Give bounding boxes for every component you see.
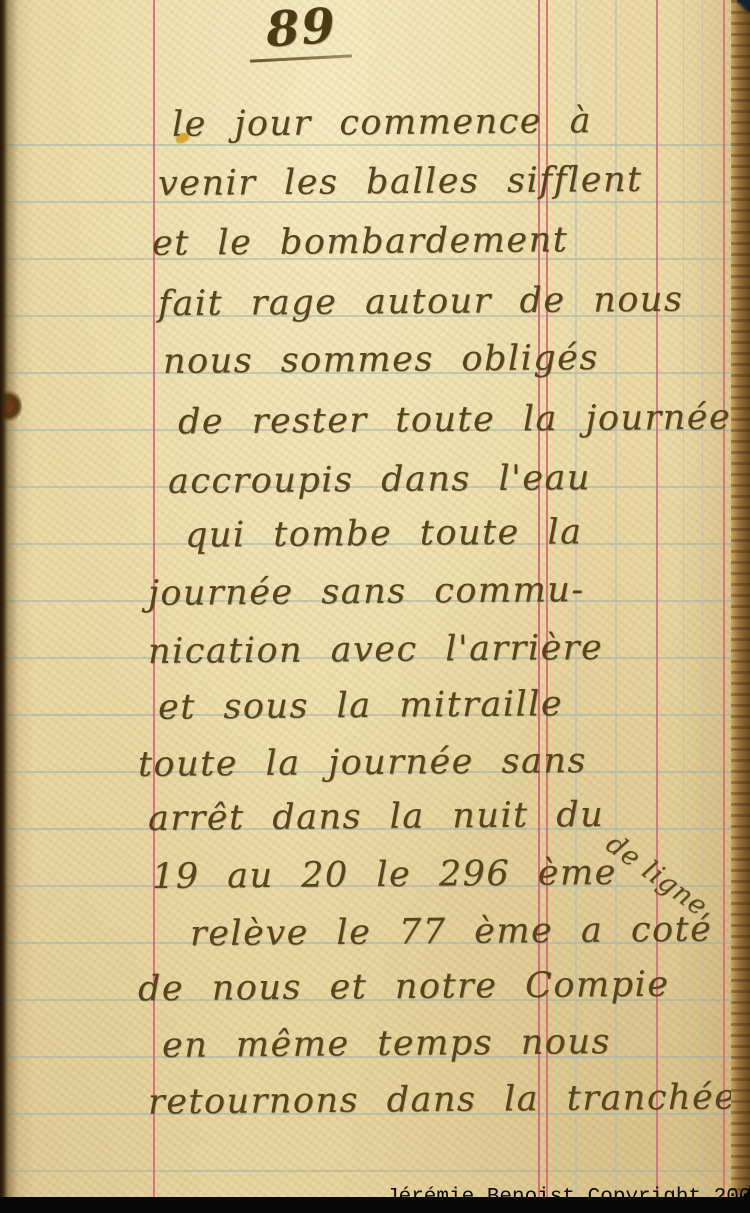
handwritten-line: retournons dans la tranchée: [148, 1077, 736, 1122]
notebook-page: 89 le jour commence à venir les balles s…: [0, 0, 736, 1199]
page-edge: [731, 0, 750, 1199]
handwritten-line: le jour commence à: [172, 101, 592, 145]
handwritten-line: et le bombardement: [152, 220, 569, 264]
handwritten-line: de nous et notre Compie: [138, 965, 670, 1010]
handwritten-line: accroupis dans l'eau: [168, 458, 591, 502]
handwritten-line: qui tombe toute la: [185, 512, 583, 555]
handwritten-line: en même temps nous: [162, 1022, 611, 1066]
handwritten-line: fait rage autour de nous: [158, 280, 684, 325]
handwritten-line: nication avec l'arrière: [148, 628, 604, 672]
ledger-column-line-4: [702, 0, 703, 1199]
right-margin-line-3: [656, 0, 658, 1199]
handwritten-line: journée sans commu-: [148, 570, 585, 614]
right-margin-line-4: [723, 0, 725, 1199]
handwritten-line: toute la journée sans: [138, 741, 587, 785]
copyright-text: Jérémie Benoist Copyright 2008: [386, 1186, 750, 1209]
handwritten-line: relève le 77 ème a coté: [190, 910, 713, 955]
notebook-scan: 89 le jour commence à venir les balles s…: [0, 0, 750, 1213]
handwritten-line: venir les balles sifflent: [158, 160, 643, 204]
handwritten-line: de rester toute la journée: [178, 398, 732, 443]
handwritten-line: arrêt dans la nuit du: [148, 795, 605, 839]
handwritten-line: et sous la mitraille: [158, 684, 563, 728]
corner-shadow: [737, 0, 750, 12]
ledger-column-line-3: [683, 0, 684, 1199]
page-number: 89: [264, 0, 339, 58]
binding-shadow: [0, 0, 18, 1199]
handwritten-line: nous sommes obligés: [163, 338, 599, 382]
handwritten-line: 19 au 20 le 296 ème: [152, 853, 617, 897]
